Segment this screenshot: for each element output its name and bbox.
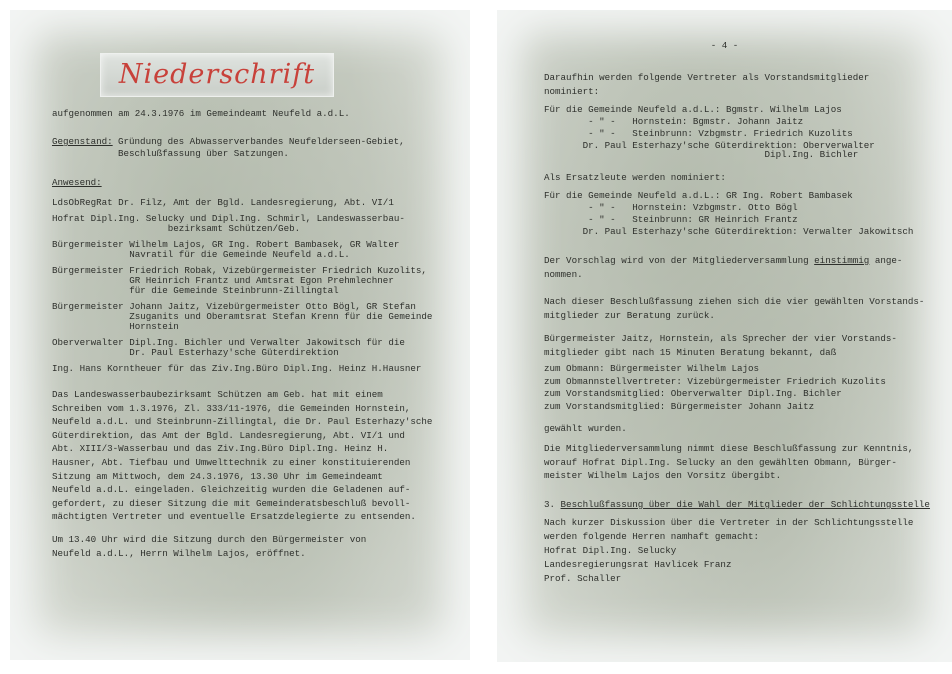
subject-line: Beschlußfassung über Satzungen.	[118, 148, 289, 160]
body-line: gefordert, zu dieser Sitzung die mit Gem…	[52, 498, 410, 510]
substitute-line: - " - Hornstein: Vzbgmstr. Otto Bögl	[544, 202, 798, 214]
proposal-text: Der Vorschlag wird von der Mitgliederver…	[544, 255, 814, 266]
body-line: Die Mitgliederversammlung nimmt diese Be…	[544, 443, 913, 455]
body-line: Bürgermeister Jaitz, Hornstein, als Spre…	[544, 333, 897, 345]
right-page-content: - 4 - Daraufhin werden folgende Vertrete…	[497, 10, 952, 662]
substitute-line: - " - Steinbrunn: GR Heinrich Frantz	[544, 214, 798, 226]
nominee-line: Für die Gemeinde Neufeld a.d.L.: Bgmstr.…	[544, 104, 842, 116]
elected-line: zum Obmann: Bürgermeister Wilhelm Lajos	[544, 363, 759, 375]
substitute-line: Dr. Paul Esterhazy'sche Güterdirektion: …	[544, 226, 913, 238]
body-line: Nach dieser Beschlußfassung ziehen sich …	[544, 296, 924, 308]
proposal-line: Der Vorschlag wird von der Mitgliederver…	[544, 255, 902, 267]
elected-line: zum Vorstandsmitglied: Bürgermeister Joh…	[544, 401, 814, 413]
body-line: Nach kurzer Diskussion über die Vertrete…	[544, 517, 913, 529]
body-line: nommen.	[544, 269, 583, 281]
attendee-line: Dr. Paul Esterhazy'sche Güterdirektion	[52, 347, 339, 359]
body-line: Schreiben vom 1.3.1976, Zl. 333/11-1976,…	[52, 403, 410, 415]
proposal-text: ange-	[869, 255, 902, 266]
substitute-line: Für die Gemeinde Neufeld a.d.L.: GR Ing.…	[544, 190, 853, 202]
body-line: Sitzung am Mittwoch, dem 24.3.1976, 13.3…	[52, 471, 383, 483]
attendee-line: LdsObRegRat Dr. Filz, Amt der Bgld. Land…	[52, 197, 394, 209]
document-page-left: Niederschrift aufgenommen am 24.3.1976 i…	[10, 10, 470, 660]
body-line: nominiert:	[544, 86, 599, 98]
attendee-line: Ing. Hans Korntheuer für das Ziv.Ing.Bür…	[52, 363, 421, 375]
elected-line: zum Obmannstellvertreter: Vizebürgermeis…	[544, 376, 886, 388]
body-line: Hofrat Dipl.Ing. Selucky	[544, 545, 676, 557]
nominee-line: - " - Hornstein: Bgmstr. Johann Jaitz	[544, 116, 803, 128]
elected-line: zum Vorstandsmitglied: Oberverwalter Dip…	[544, 388, 842, 400]
body-line: Daraufhin werden folgende Vertreter als …	[544, 72, 869, 84]
attendee-line: bezirksamt Schützen/Geb.	[52, 223, 300, 235]
body-line: Als Ersatzleute werden nominiert:	[544, 172, 726, 184]
present-label: Anwesend:	[52, 177, 102, 189]
unanimous-emphasis: einstimmig	[814, 255, 869, 266]
body-line: meister Wilhelm Lajos den Vorsitz übergi…	[544, 470, 781, 482]
body-line: Prof. Schaller	[544, 573, 621, 585]
body-line: Neufeld a.d.L., Herrn Wilhelm Lajos, erö…	[52, 548, 306, 560]
section-number: 3.	[544, 499, 561, 510]
attendee-line: Navratil für die Gemeinde Neufeld a.d.L.	[52, 249, 350, 261]
body-line: mitglieder gibt nach 15 Minuten Beratung…	[544, 347, 836, 359]
document-page-right: - 4 - Daraufhin werden folgende Vertrete…	[497, 10, 952, 662]
body-line: mitglieder zur Beratung zurück.	[544, 310, 715, 322]
body-line: Landesregierungsrat Havlicek Franz	[544, 559, 731, 571]
intro-line: aufgenommen am 24.3.1976 im Gemeindeamt …	[52, 108, 350, 120]
body-line: Das Landeswasserbaubezirksamt Schützen a…	[52, 389, 383, 401]
attendee-line: für die Gemeinde Steinbrunn-Zillingtal	[52, 285, 339, 297]
body-line: Hausner, Abt. Tiefbau und Umwelttechnik …	[52, 457, 410, 469]
body-line: werden folgende Herren namhaft gemacht:	[544, 531, 759, 543]
body-line: Güterdirektion, das Amt der Bgld. Landes…	[52, 430, 405, 442]
section-title: Beschlußfassung über die Wahl der Mitgli…	[561, 499, 930, 510]
body-line: Um 13.40 Uhr wird die Sitzung durch den …	[52, 534, 366, 546]
body-line: Abt. XIII/3-Wasserbau und das Ziv.Ing.Bü…	[52, 443, 388, 455]
subject-line: Gründung des Abwasserverbandes Neufelder…	[118, 136, 405, 148]
body-line: mächtigten Vertreter und eventuelle Ersa…	[52, 511, 416, 523]
nominee-line: Dipl.Ing. Bichler	[544, 149, 858, 161]
body-line: Neufeld a.d.L. eingeladen. Gleichzeitig …	[52, 484, 410, 496]
attendee-line: Hornstein	[52, 321, 179, 333]
left-page-content: Niederschrift aufgenommen am 24.3.1976 i…	[10, 10, 470, 660]
subject-label: Gegenstand:	[52, 136, 113, 148]
body-line: worauf Hofrat Dipl.Ing. Selucky an den g…	[544, 457, 897, 469]
body-line: gewählt wurden.	[544, 423, 627, 435]
body-line: Neufeld a.d.L. und Steinbrunn-Zillingtal…	[52, 416, 432, 428]
page-number: - 4 -	[497, 40, 952, 52]
title-banner: Niederschrift	[100, 53, 334, 97]
section-3-heading: 3. Beschlußfassung über die Wahl der Mit…	[544, 499, 944, 511]
document-title: Niederschrift	[119, 69, 315, 81]
nominee-line: - " - Steinbrunn: Vzbgmstr. Friedrich Ku…	[544, 128, 853, 140]
